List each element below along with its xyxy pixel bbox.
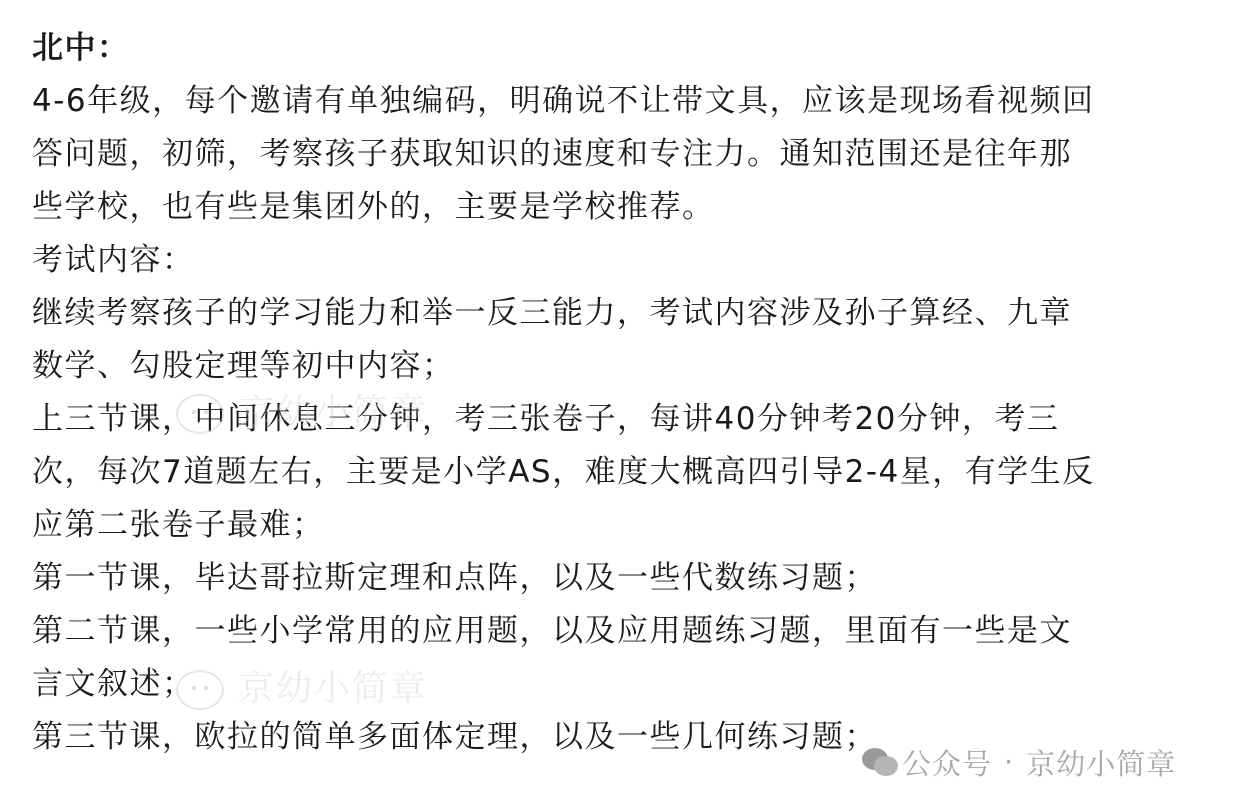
text-line: 第一节课，毕达哥拉斯定理和点阵，以及一些代数练习题； [32,552,1212,605]
text-line: 上三节课，中间休息三分钟，考三张卷子，每讲40分钟考20分钟，考三 [32,393,1212,446]
footer-label: 公众号 [902,742,992,783]
text-line: 次，每次7道题左右，主要是小学AS，难度大概高四引导2-4星，有学生反 [32,446,1212,499]
text-line: 答问题，初筛，考察孩子获取知识的速度和专注力。通知范围还是往年那 [32,128,1212,181]
section-heading-exam-content: 考试内容： [32,234,1212,287]
text-line: 些学校，也有些是集团外的，主要是学校推荐。 [32,181,1212,234]
document-body: 北中： 4-6年级，每个邀请有单独编码，明确说不让带文具，应该是现场看视频回 答… [32,22,1212,764]
text-line: 继续考察孩子的学习能力和举一反三能力，考试内容涉及孙子算经、九章 [32,287,1212,340]
text-line: 应第二张卷子最难； [32,499,1212,552]
official-account-watermark: 公众号 · 京幼小简章 [862,740,1176,784]
document-title: 北中： [32,22,1212,75]
footer-separator: · [1004,745,1014,779]
text-line: 4-6年级，每个邀请有单独编码，明确说不让带文具，应该是现场看视频回 [32,75,1212,128]
text-line: 言文叙述； [32,658,1212,711]
wechat-icon [862,744,902,780]
text-line: 数学、勾股定理等初中内容； [32,340,1212,393]
text-line: 第二节课，一些小学常用的应用题，以及应用题练习题，里面有一些是文 [32,605,1212,658]
footer-account-name: 京幼小简章 [1026,742,1176,783]
